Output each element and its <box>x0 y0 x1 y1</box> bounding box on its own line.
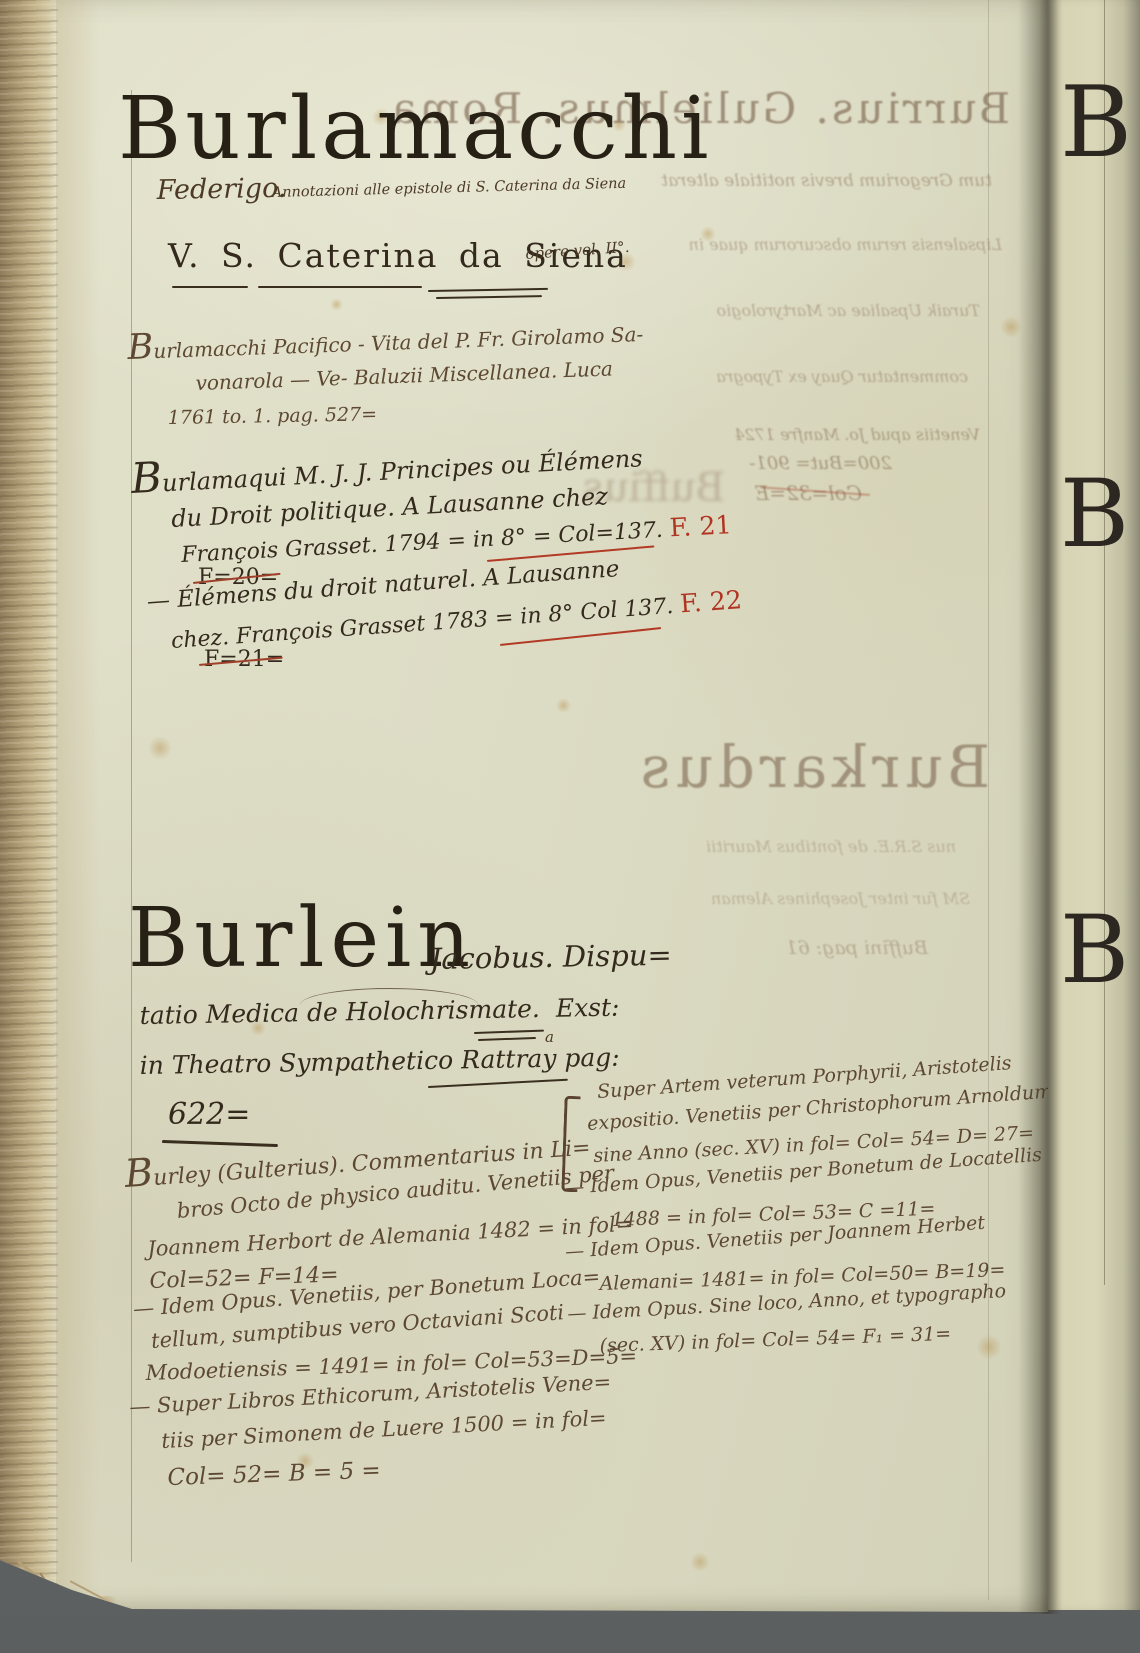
bleedthrough-line: Turaik Upsaliae ac Martyrologio <box>716 302 980 320</box>
next-page-rule <box>1104 0 1105 1285</box>
foxing-spot <box>976 1334 1002 1360</box>
underline <box>258 286 422 288</box>
bleedthrough-line: Venetiis apud Jo. Manfre 1724 <box>734 426 980 444</box>
entry-burley-line: Col= 52= B = 5 = <box>167 1459 381 1492</box>
bleedthrough-line: 200=But= 901- <box>749 454 892 474</box>
foxing-spot <box>330 298 343 311</box>
bleedthrough-line: commentatur Quay ex Typogra <box>716 368 968 386</box>
margin-rule <box>131 90 132 1562</box>
underline <box>172 286 248 288</box>
bleedthrough-line: Buffini pag: 61 <box>786 938 928 959</box>
catalog-page: Burrius. Gulielmus. Roma tum Gregorium b… <box>0 0 1048 1618</box>
next-page-partial-letter: B <box>1060 468 1129 562</box>
entry-burley-right-line: (sec. XV) in fol= Col= 54= F₁ = 31= <box>599 1324 951 1357</box>
bleedthrough-burkardus-block: Burkardus nus S.R.E. de fontibus Mauriti… <box>590 738 990 1028</box>
paper-fiber-tuft <box>92 1596 120 1608</box>
page-crease <box>988 0 989 1600</box>
next-page-partial-letter: B <box>1060 74 1132 172</box>
underline <box>162 1140 278 1147</box>
foxing-spot <box>700 226 716 242</box>
manuscript-scan: Burrius. Gulielmus. Roma tum Gregorium b… <box>0 0 1140 1653</box>
entry-pacifico-line: 1761 to. 1. pag. 527= <box>168 404 378 429</box>
entry-burlamacchi-author: Federigo. <box>156 174 286 206</box>
entry-pacifico-line: Burlamacchi Pacifico - Vita del P. Fr. G… <box>127 316 644 363</box>
next-page-edge: B B B <box>1048 0 1140 1610</box>
entry-burley-line: Joannem Herbort de Alemania 1482 = in fo… <box>147 1213 634 1262</box>
bleedthrough-line: Lipsalensis rerum obscurorum quae in <box>689 236 1002 254</box>
deckle-edge <box>0 0 58 1618</box>
entry-burlamacchi-title: Burlamacchi <box>118 86 713 172</box>
bleedthrough-line: Col=32=E <box>755 482 862 504</box>
deckle-edge-blend <box>56 0 100 1618</box>
red-underline <box>500 627 661 646</box>
underline <box>428 1079 568 1088</box>
foxing-spot <box>690 1552 710 1572</box>
entry-burlein-title: Burlein <box>128 898 476 980</box>
underline <box>474 1030 544 1034</box>
foxing-spot <box>556 698 571 713</box>
underline <box>478 1037 536 1041</box>
underline <box>436 295 542 299</box>
shelfmark-red: F. 21 <box>669 510 732 542</box>
bleedthrough-line: SM fur inter Josephines Aleman <box>711 890 970 908</box>
foxing-spot <box>1000 316 1022 338</box>
underline <box>428 288 548 292</box>
bleedthrough-heading: Burkardus <box>636 738 990 796</box>
bleedthrough-scribble <box>760 486 870 496</box>
entry-burlein-line: 622= <box>168 1098 250 1131</box>
bleedthrough-line: nus S.R.E. de fontibus Mauritii <box>706 838 956 856</box>
entry-burlein-line: tatio Medica de Holochrismate. Exst: <box>140 994 620 1030</box>
entry-burlamacchi-annotation: Annotazioni alle epistole di S. Caterina… <box>272 177 627 202</box>
next-page-partial-letter: B <box>1060 904 1129 998</box>
entry-pacifico-line: vonarola — Ve- Baluzii Miscellanea. Luca <box>195 357 613 394</box>
entry-burlein-line: in Theatro Sympathetico Rattray pag: <box>140 1044 620 1080</box>
foxing-spot <box>148 736 172 760</box>
entry-burlein-title-rest: Jacobus. Dispu= <box>429 940 672 976</box>
shelfmark-red: F. 22 <box>679 585 743 618</box>
exstat-ref: Exst: <box>556 993 620 1023</box>
entry-text: tatio Medica de Holochrismate. <box>140 994 541 1030</box>
